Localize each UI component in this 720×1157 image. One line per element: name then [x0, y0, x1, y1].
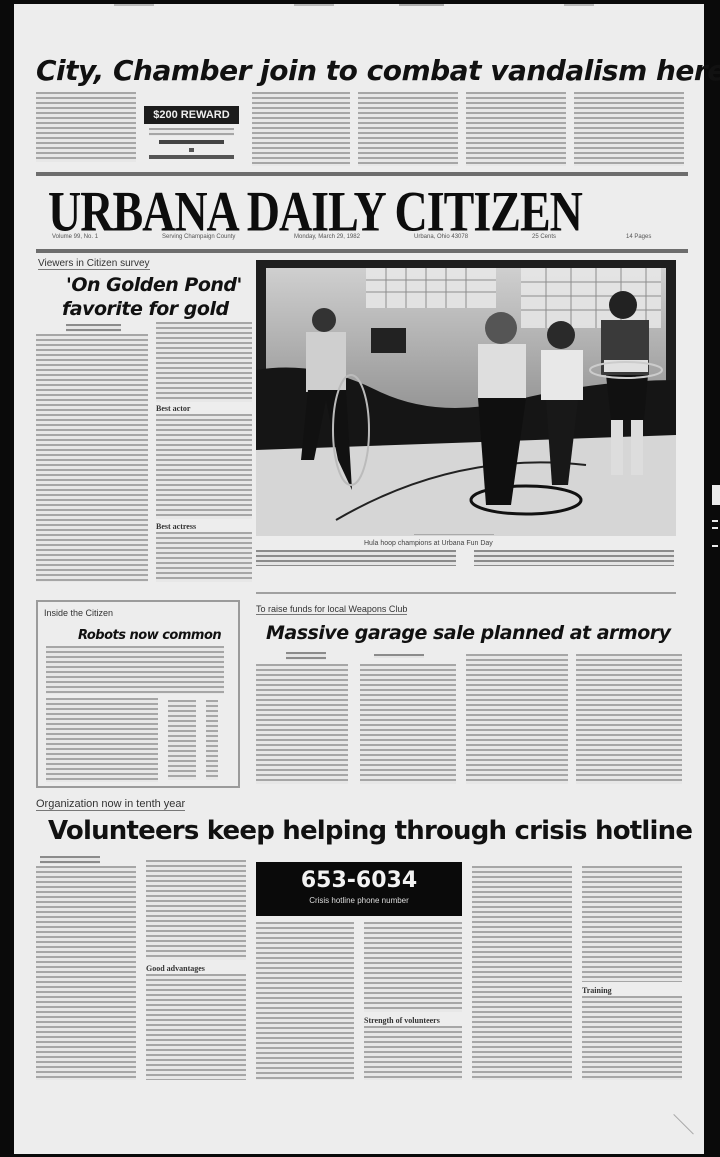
- inside-citizen-items: [46, 698, 158, 782]
- garage-sale-kicker: To raise funds for local Weapons Club: [256, 604, 407, 615]
- hotline-phone-caption: Crisis hotline phone number: [256, 896, 462, 905]
- vandalism-column-2: [252, 92, 350, 166]
- vandalism-column-5: [574, 92, 684, 166]
- inside-citizen-pages: [206, 700, 218, 780]
- reward-text: [149, 128, 234, 136]
- inside-citizen-label: Inside the Citizen: [44, 608, 113, 618]
- dateline-volume: Volume 99, No. 1: [52, 234, 98, 240]
- vandalism-column-3: [358, 92, 458, 166]
- vandalism-column-1: [36, 92, 136, 162]
- hotline-phone-box: 653-6034 Crisis hotline phone number: [256, 862, 462, 916]
- golden-pond-subhead-2: Best actress: [156, 522, 196, 531]
- photo-caption-title: Hula hoop champions at Urbana Fun Day: [364, 540, 493, 547]
- dateline-edition: Serving Champaign County: [162, 234, 235, 240]
- inside-citizen-box: Inside the Citizen Robots now common: [36, 600, 240, 788]
- garage-sale-jump: [374, 654, 424, 658]
- hotline-column-3: [256, 922, 354, 1080]
- hotline-column-4b: [364, 1026, 462, 1080]
- photo-credit: [414, 534, 494, 535]
- garage-sale-byline: [286, 652, 326, 660]
- reward-bar: [159, 140, 224, 144]
- golden-pond-kicker: Viewers in Citizen survey: [38, 258, 150, 270]
- golden-pond-headline-line2: favorite for gold: [62, 298, 229, 320]
- hotline-column-6b: [582, 996, 682, 1080]
- garage-sale-headline: Massive garage sale planned at armory: [266, 622, 671, 644]
- top-mark: [294, 4, 334, 6]
- newspaper-page: City, Chamber join to combat vandalism h…: [14, 4, 704, 1154]
- hotline-column-1: [36, 866, 136, 1080]
- top-mark: [564, 4, 594, 6]
- hotline-column-4a: [364, 922, 462, 1012]
- hotline-subhead-1: Good advantages: [146, 964, 205, 973]
- golden-pond-column-2a: [156, 322, 252, 402]
- golden-pond-headline-line1: 'On Golden Pond': [66, 274, 242, 296]
- edge-mark: [712, 485, 720, 505]
- golden-pond-column-2c: [156, 532, 252, 582]
- reward-dot: [189, 148, 194, 152]
- page-curl: [673, 1114, 694, 1135]
- robots-headline: Robots now common: [78, 628, 221, 643]
- dateline-place: Urbana, Ohio 43078: [414, 234, 468, 240]
- photo-image: [256, 260, 676, 536]
- masthead-top-rule: [36, 172, 688, 176]
- garage-sale-column-3: [466, 654, 568, 784]
- vandalism-column-4: [466, 92, 566, 166]
- hotline-phone-number: 653-6034: [256, 866, 462, 896]
- reward-inset: $200 REWARD: [144, 92, 249, 164]
- golden-pond-column-1: [36, 334, 148, 582]
- hotline-subhead-3: Training: [582, 986, 612, 995]
- top-mark: [114, 4, 154, 6]
- edge-mark: [712, 527, 718, 529]
- hotline-kicker: Organization now in tenth year: [36, 798, 185, 811]
- hotline-headline: Volunteers keep helping through crisis h…: [48, 816, 692, 846]
- dateline-pages: 14 Pages: [626, 234, 651, 240]
- inside-citizen-intro: [46, 646, 224, 694]
- reward-banner: $200 REWARD: [144, 106, 239, 124]
- reward-bar: [149, 155, 234, 159]
- hotline-column-2b: [146, 974, 246, 1080]
- masthead-bottom-rule: [36, 249, 688, 253]
- edge-mark: [712, 520, 718, 522]
- dateline-price: 25 Cents: [532, 234, 556, 240]
- garage-sale-column-1: [256, 664, 348, 784]
- top-mark: [399, 4, 444, 6]
- vandalism-headline: City, Chamber join to combat vandalism h…: [36, 54, 720, 87]
- golden-pond-subhead-1: Best actor: [156, 404, 190, 413]
- hotline-column-5: [472, 866, 572, 1080]
- section-rule: [256, 592, 676, 594]
- photo-caption-text-right: [474, 550, 674, 566]
- hula-hoop-photo: [256, 260, 676, 536]
- golden-pond-column-2b: [156, 414, 252, 519]
- hotline-column-6a: [582, 866, 682, 982]
- hotline-column-2a: [146, 860, 246, 960]
- hotline-subhead-2: Strength of volunteers: [364, 1016, 440, 1025]
- photo-caption-text-left: [256, 550, 456, 566]
- dateline-date: Monday, March 29, 1982: [294, 234, 360, 240]
- garage-sale-column-4: [576, 654, 682, 784]
- hotline-byline: [40, 856, 100, 864]
- golden-pond-byline: [66, 324, 121, 332]
- edge-mark: [712, 545, 718, 547]
- inside-citizen-sections: [168, 700, 196, 780]
- garage-sale-column-2: [360, 664, 456, 784]
